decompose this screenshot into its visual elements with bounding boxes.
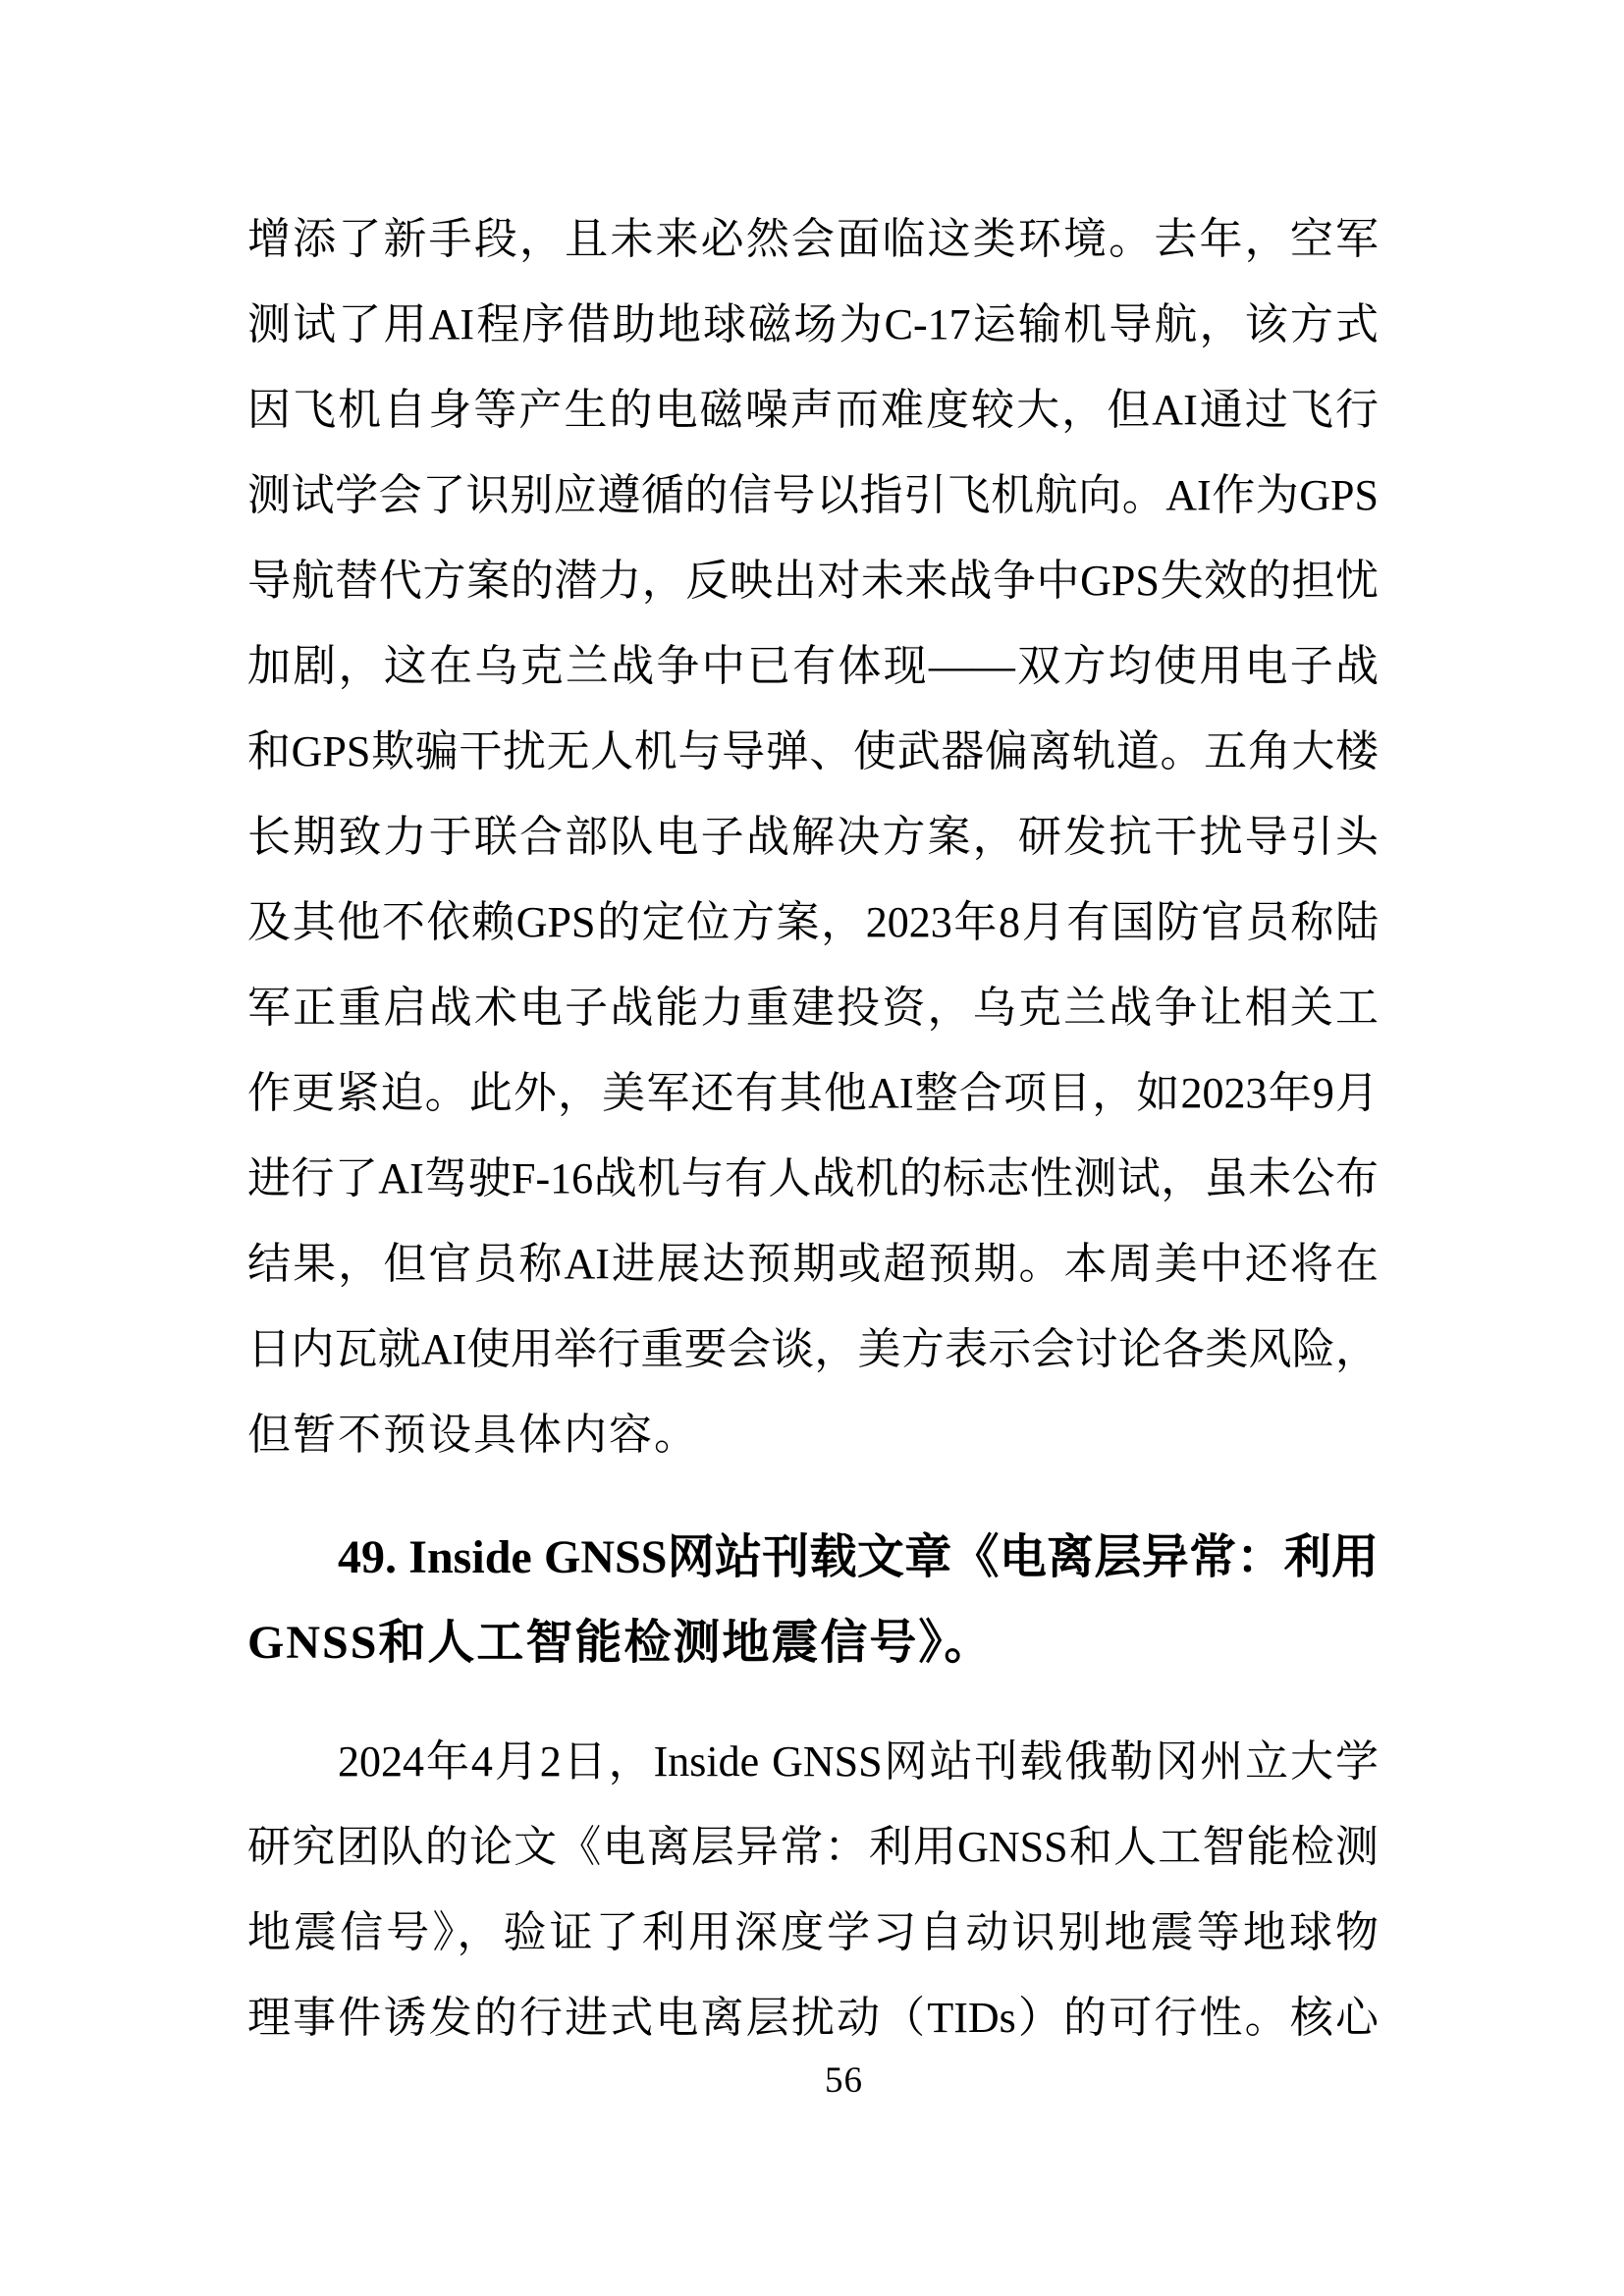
paragraph-article-summary: 2024年4月2日，Inside GNSS网站刊载俄勒冈州立大学 研究团队的论文… — [247, 1719, 1379, 2060]
text-line: 2024年4月2日，Inside GNSS网站刊载俄勒冈州立大学 — [247, 1719, 1379, 1804]
text-line: 测试学会了识别应遵循的信号以指引飞机航向。AI作为GPS — [247, 453, 1379, 538]
text-line: 测试了用AI程序借助地球磁场为C-17运输机导航，该方式 — [247, 282, 1379, 367]
paragraph-continuation: 增添了新手段，且未来必然会面临这类环境。去年，空军 测试了用AI程序借助地球磁场… — [247, 196, 1379, 1477]
text-line: 进行了AI驾驶F-16战机与有人战机的标志性测试，虽未公布 — [247, 1136, 1379, 1221]
text-line: 增添了新手段，且未来必然会面临这类环境。去年，空军 — [247, 196, 1379, 282]
text-line: 军正重启战术电子战能力重建投资，乌克兰战争让相关工 — [247, 965, 1379, 1050]
text-line: 地震信号》，验证了利用深度学习自动识别地震等地球物 — [247, 1890, 1379, 1975]
text-line: 但暂不预设具体内容。 — [247, 1392, 1379, 1477]
text-line: 研究团队的论文《电离层异常：利用GNSS和人工智能检测 — [247, 1804, 1379, 1890]
page-number: 56 — [825, 2061, 863, 2101]
section-heading-49: 49. Inside GNSS网站刊载文章《电离层异常：利用 GNSS和人工智能… — [247, 1515, 1379, 1685]
page-body-text: 增添了新手段，且未来必然会面临这类环境。去年，空军 测试了用AI程序借助地球磁场… — [247, 196, 1379, 2060]
text-line: 和GPS欺骗干扰无人机与导弹、使武器偏离轨道。五角大楼 — [247, 709, 1379, 794]
heading-line: GNSS和人工智能检测地震信号》。 — [247, 1600, 1379, 1685]
text-line: 作更紧迫。此外，美军还有其他AI整合项目，如2023年9月 — [247, 1050, 1379, 1136]
text-line: 理事件诱发的行进式电离层扰动（TIDs）的可行性。核心 — [247, 1975, 1379, 2060]
text-line: 日内瓦就AI使用举行重要会谈，美方表示会讨论各类风险， — [247, 1307, 1379, 1392]
text-line: 加剧，这在乌克兰战争中已有体现——双方均使用电子战 — [247, 623, 1379, 709]
text-line: 长期致力于联合部队电子战解决方案，研发抗干扰导引头 — [247, 794, 1379, 880]
text-line: 及其他不依赖GPS的定位方案，2023年8月有国防官员称陆 — [247, 880, 1379, 965]
text-line: 结果，但官员称AI进展达预期或超预期。本周美中还将在 — [247, 1221, 1379, 1307]
text-line: 因飞机自身等产生的电磁噪声而难度较大，但AI通过飞行 — [247, 367, 1379, 453]
text-line: 导航替代方案的潜力，反映出对未来战争中GPS失效的担忧 — [247, 538, 1379, 623]
document-page: 增添了新手段，且未来必然会面临这类环境。去年，空军 测试了用AI程序借助地球磁场… — [0, 0, 1624, 2296]
heading-line: 49. Inside GNSS网站刊载文章《电离层异常：利用 — [247, 1515, 1379, 1600]
